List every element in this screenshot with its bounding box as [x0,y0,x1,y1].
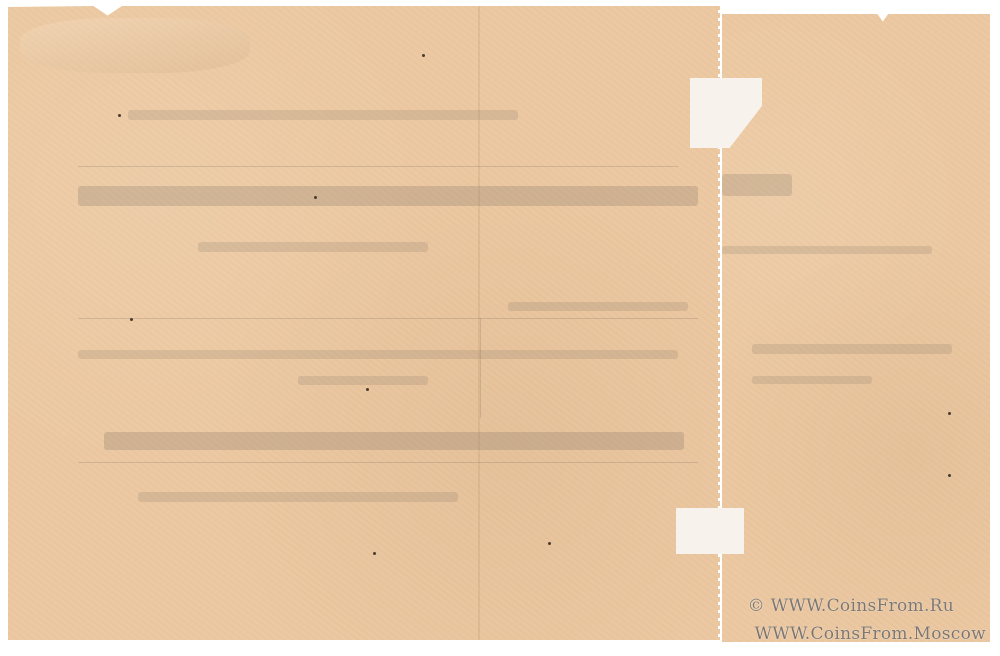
speck [948,412,951,415]
main-sheet [8,6,720,640]
bleed-rule [78,166,678,167]
bleed-rule [480,318,481,418]
speck [314,196,317,199]
bleed-text-line [722,174,792,196]
fold-line [478,6,480,640]
bleed-text-line [78,350,678,359]
bleed-text-amount [104,432,684,450]
bleed-text-line [128,110,518,120]
bleed-rule [78,318,698,319]
paper-tab-bottom [676,508,744,554]
bleed-text-heading [78,186,698,206]
speck [548,542,551,545]
bleed-text-line [722,246,932,254]
bleed-rule [78,462,698,463]
speck [948,474,951,477]
speck [422,54,425,57]
bleed-text-line [752,376,872,384]
paper-crease [20,18,250,73]
bleed-text-line [752,344,952,354]
speck [130,318,133,321]
speck [373,552,376,555]
bleed-text-line [298,376,428,385]
bleed-text-line [138,492,458,502]
watermark-line-1: © WWW.CoinsFrom.Ru [748,596,954,616]
stub-sheet [722,14,990,642]
bleed-text-line [198,242,428,252]
speck [118,114,121,117]
bleed-text-line [508,302,688,311]
watermark-line-2: WWW.CoinsFrom.Moscow [754,624,986,644]
speck [366,388,369,391]
